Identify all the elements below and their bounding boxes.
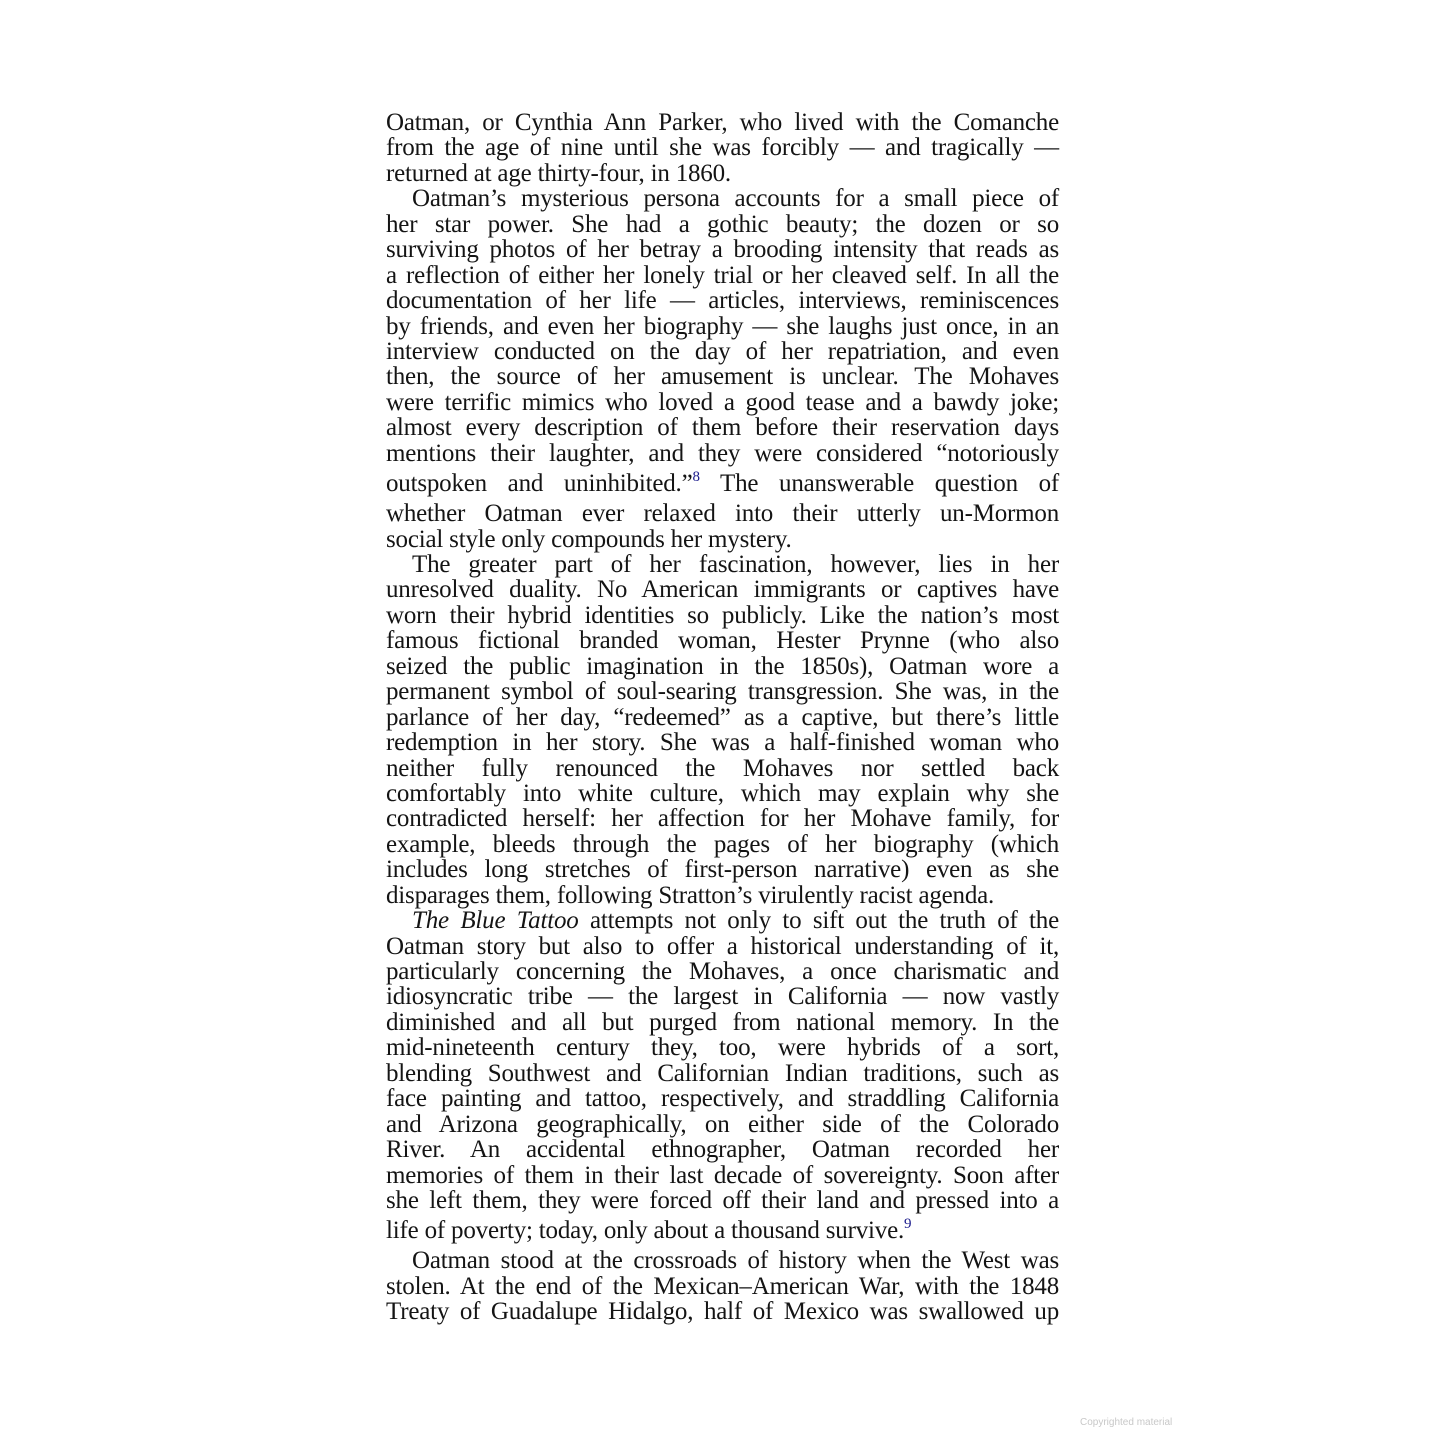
- text-segment: outspoken and uninhibited.”: [386, 470, 693, 497]
- text-line: contradicted herself: her affection for …: [386, 806, 1059, 831]
- paragraph-3: The greater part of her fascination, how…: [386, 552, 1059, 908]
- text-line: includes long stretches of first-person …: [386, 857, 1059, 882]
- text-line: mentions their laughter, and they were c…: [386, 441, 1059, 466]
- text-line: outspoken and uninhibited.”8 The unanswe…: [386, 466, 1059, 501]
- paragraph-5: Oatman stood at the crossroads of histor…: [386, 1248, 1059, 1324]
- text-line: disparages them, following Stratton’s vi…: [386, 883, 1059, 908]
- paragraph-4: The Blue Tattoo attempts not only to sif…: [386, 908, 1059, 1248]
- text-line: Oatman, or Cynthia Ann Parker, who lived…: [386, 110, 1059, 135]
- text-line: documentation of her life — articles, in…: [386, 288, 1059, 313]
- text-line: stolen. At the end of the Mexican–Americ…: [386, 1274, 1059, 1299]
- book-title-italic: The Blue Tattoo: [412, 907, 579, 934]
- text-line: particularly concerning the Mohaves, a o…: [386, 959, 1059, 984]
- text-line: seized the public imagination in the 185…: [386, 654, 1059, 679]
- paragraph-2: Oatman’s mysterious persona accounts for…: [386, 186, 1059, 552]
- text-line: life of poverty; today, only about a tho…: [386, 1213, 1059, 1248]
- text-line: unresolved duality. No American immigran…: [386, 577, 1059, 602]
- text-segment: attempts not only to sift out the truth …: [579, 907, 1059, 934]
- book-page-body: Oatman, or Cynthia Ann Parker, who lived…: [386, 110, 1059, 1325]
- text-line: surviving photos of her betray a broodin…: [386, 237, 1059, 262]
- text-line: worn their hybrid identities so publicly…: [386, 603, 1059, 628]
- text-line: social style only compounds her mystery.: [386, 527, 1059, 552]
- text-line: almost every description of them before …: [386, 415, 1059, 440]
- text-line: by friends, and even her biography — she…: [386, 314, 1059, 339]
- text-line: blending Southwest and Californian India…: [386, 1061, 1059, 1086]
- text-line: returned at age thirty-four, in 1860.: [386, 161, 1059, 186]
- text-line: she left them, they were forced off thei…: [386, 1188, 1059, 1213]
- copyright-watermark: Copyrighted material: [1080, 1417, 1172, 1428]
- text-line: redemption in her story. She was a half-…: [386, 730, 1059, 755]
- text-line: Oatman stood at the crossroads of histor…: [386, 1248, 1059, 1273]
- text-line: comfortably into white culture, which ma…: [386, 781, 1059, 806]
- text-line: parlance of her day, “redeemed” as a cap…: [386, 705, 1059, 730]
- footnote-link-8[interactable]: 8: [693, 469, 700, 485]
- text-line: then, the source of her amusement is unc…: [386, 364, 1059, 389]
- text-line: face painting and tattoo, respectively, …: [386, 1086, 1059, 1111]
- text-line: from the age of nine until she was forci…: [386, 135, 1059, 160]
- text-line: and Arizona geographically, on either si…: [386, 1112, 1059, 1137]
- text-line: whether Oatman ever relaxed into their u…: [386, 501, 1059, 526]
- text-segment: The unanswerable question of: [700, 470, 1059, 497]
- text-line: a reflection of either her lonely trial …: [386, 263, 1059, 288]
- text-line: interview conducted on the day of her re…: [386, 339, 1059, 364]
- text-line: River. An accidental ethnographer, Oatma…: [386, 1137, 1059, 1162]
- text-segment: life of poverty; today, only about a tho…: [386, 1217, 904, 1244]
- text-line: memories of them in their last decade of…: [386, 1163, 1059, 1188]
- text-line: Oatman story but also to offer a histori…: [386, 934, 1059, 959]
- footnote-link-9[interactable]: 9: [904, 1216, 911, 1232]
- text-line: famous fictional branded woman, Hester P…: [386, 628, 1059, 653]
- text-line: mid-nineteenth century they, too, were h…: [386, 1035, 1059, 1060]
- text-line: diminished and all but purged from natio…: [386, 1010, 1059, 1035]
- paragraph-1: Oatman, or Cynthia Ann Parker, who lived…: [386, 110, 1059, 186]
- text-line: neither fully renounced the Mohaves nor …: [386, 756, 1059, 781]
- text-line: Treaty of Guadalupe Hidalgo, half of Mex…: [386, 1299, 1059, 1324]
- text-line: her star power. She had a gothic beauty;…: [386, 212, 1059, 237]
- text-line: permanent symbol of soul-searing transgr…: [386, 679, 1059, 704]
- text-line: example, bleeds through the pages of her…: [386, 832, 1059, 857]
- text-line: Oatman’s mysterious persona accounts for…: [386, 186, 1059, 211]
- text-line: idiosyncratic tribe — the largest in Cal…: [386, 984, 1059, 1009]
- text-line: The Blue Tattoo attempts not only to sif…: [386, 908, 1059, 933]
- text-line: The greater part of her fascination, how…: [386, 552, 1059, 577]
- text-line: were terrific mimics who loved a good te…: [386, 390, 1059, 415]
